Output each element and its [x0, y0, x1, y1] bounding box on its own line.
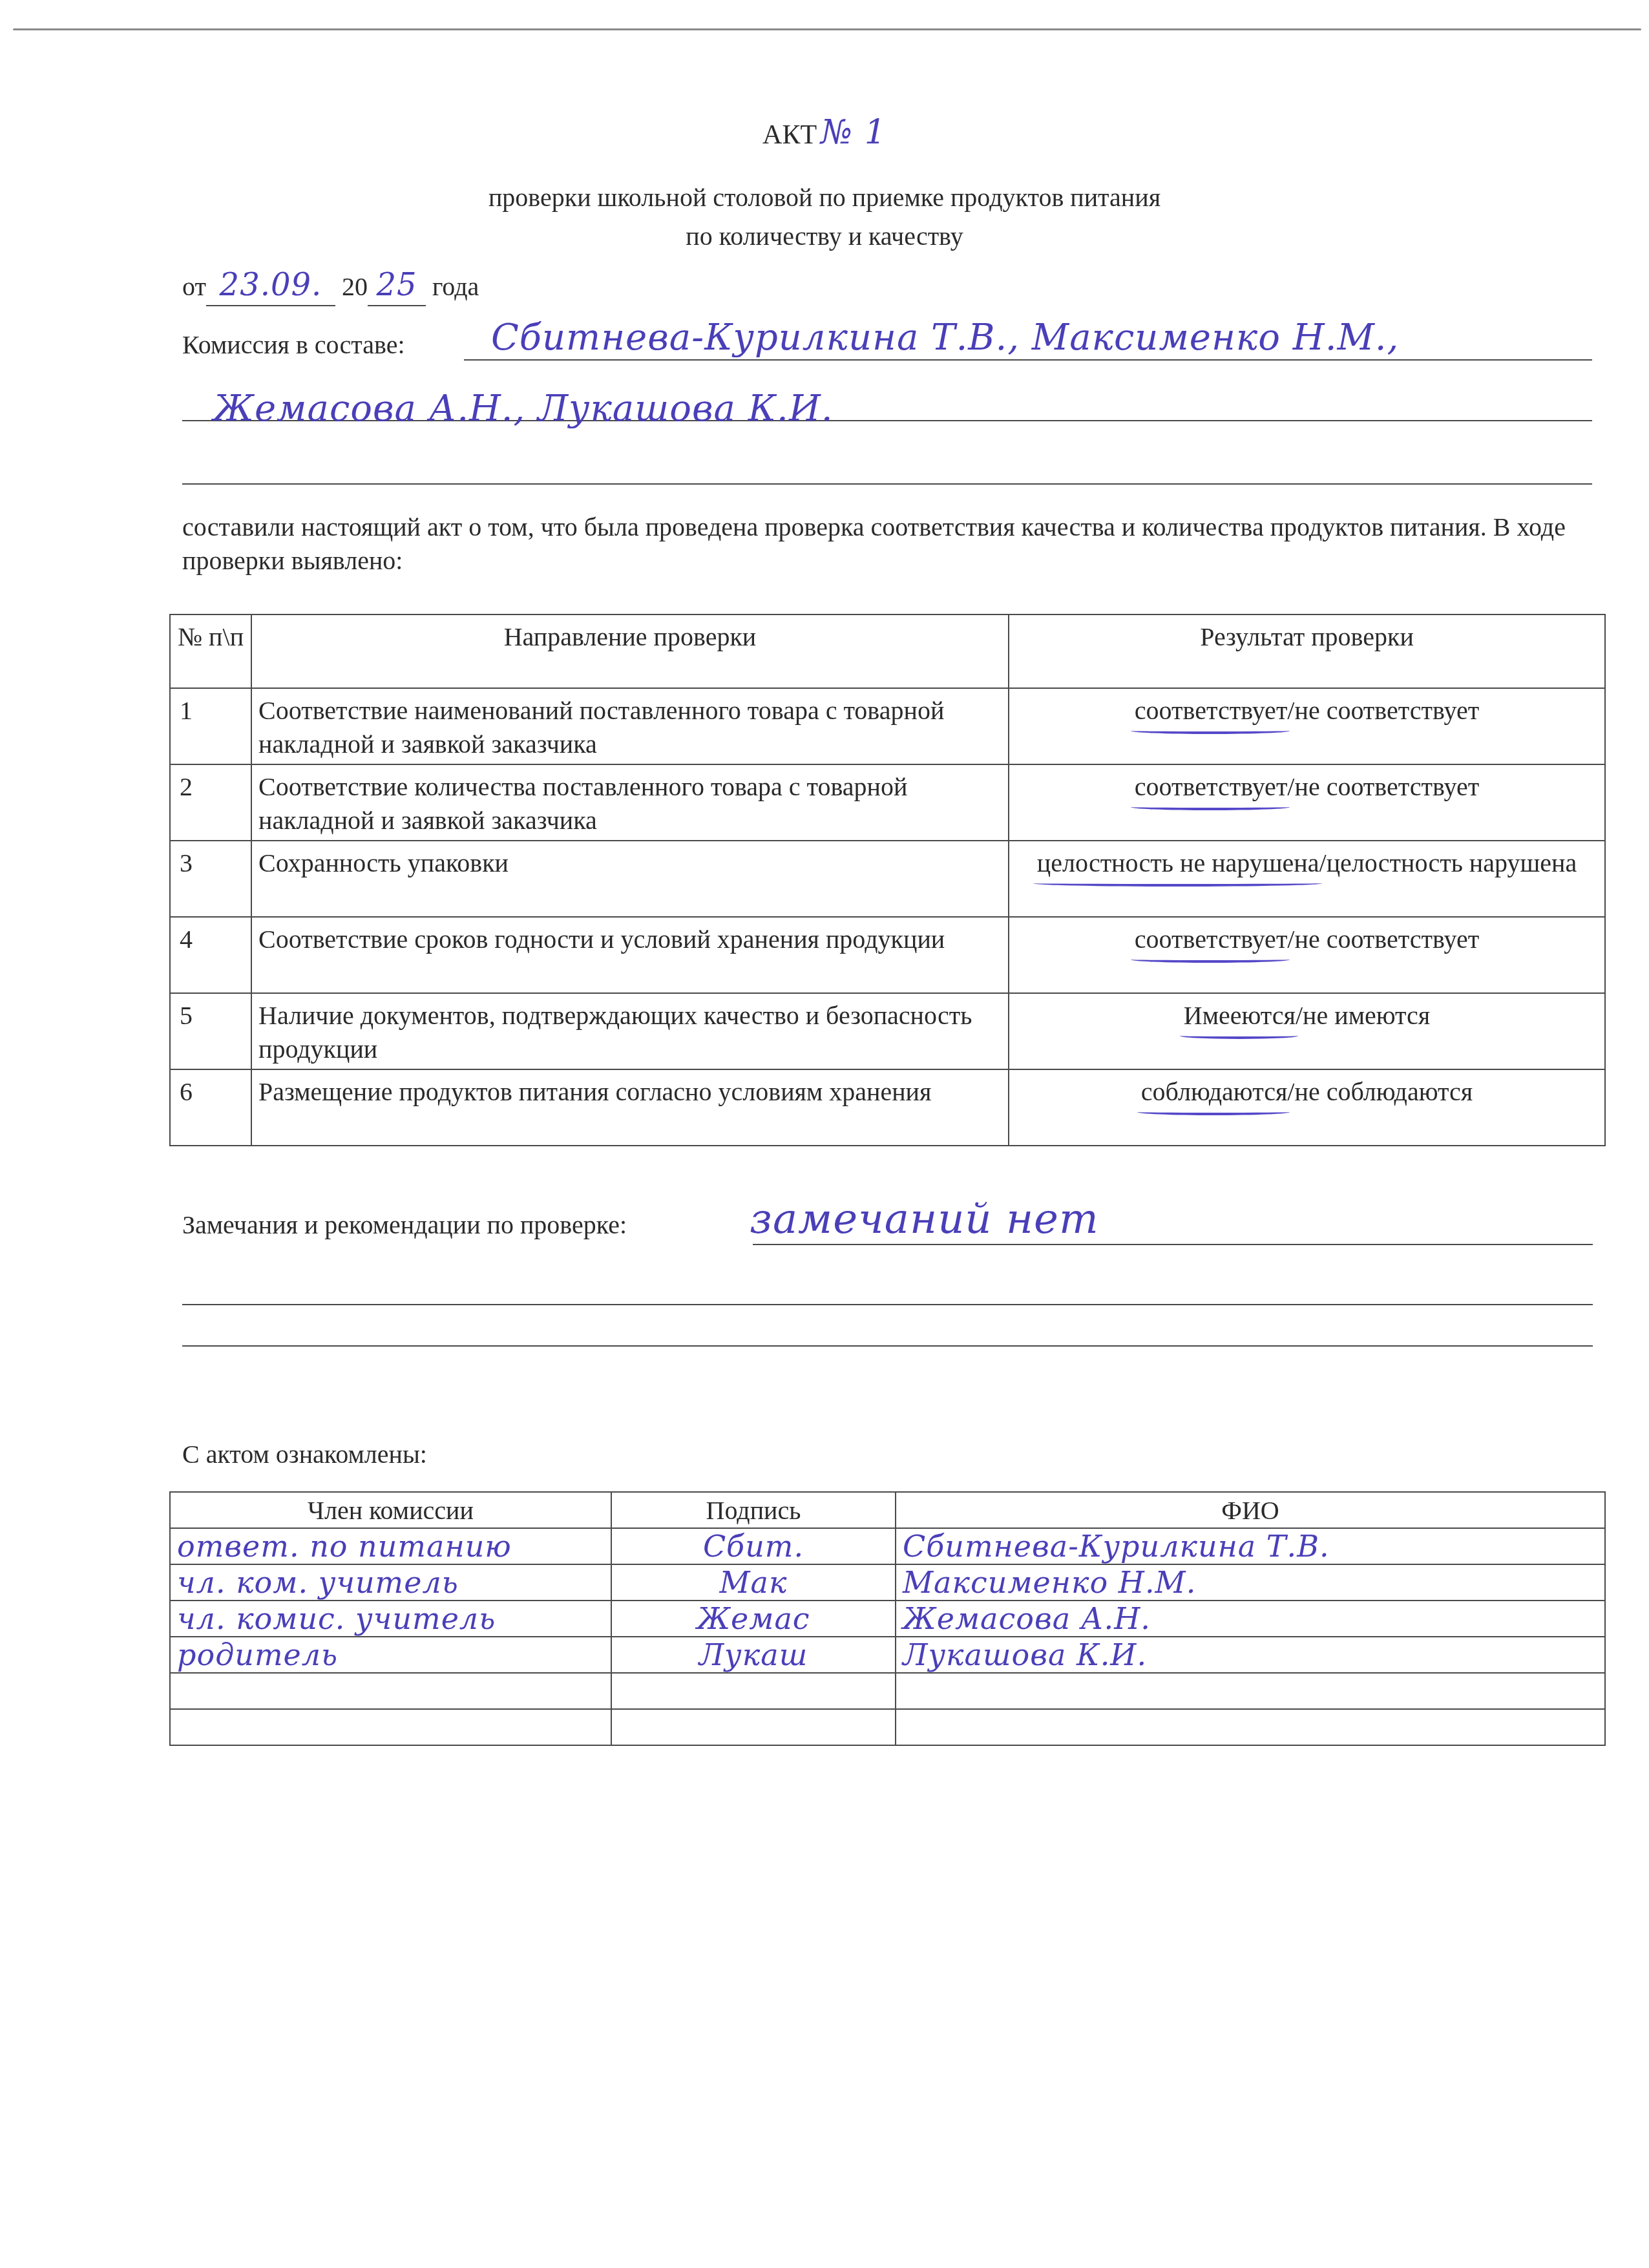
acknowledgement-row: чл. комис. учительЖемасЖемасова А.Н. — [170, 1601, 1605, 1637]
result-option-b[interactable]: не соответствует — [1294, 925, 1479, 954]
result-option-b[interactable]: не соответствует — [1294, 696, 1479, 725]
member-cell[interactable] — [170, 1709, 611, 1745]
header-signature: Подпись — [611, 1492, 896, 1528]
member-cell[interactable]: чл. ком. учитель — [170, 1564, 611, 1601]
member-cell[interactable]: чл. комис. учитель — [170, 1601, 611, 1637]
signature: Лукаш — [699, 1637, 808, 1672]
result-option-a[interactable]: соблюдаются — [1141, 1077, 1288, 1106]
inspection-row: 5Наличие документов, подтверждающих каче… — [170, 993, 1605, 1069]
row-direction: Сохранность упаковки — [251, 841, 1009, 917]
commission-underline-3 — [182, 483, 1592, 485]
result-separator: / — [1287, 925, 1294, 954]
inspection-row: 1Соответствие наименований поставленного… — [170, 688, 1605, 764]
date-year-value: 25 — [376, 267, 417, 303]
result-option-a[interactable]: соответствует — [1135, 772, 1288, 801]
scan-edge-line — [13, 28, 1641, 30]
remarks-value[interactable]: замечаний нет — [750, 1195, 1099, 1243]
acknowledgement-row: родительЛукашЛукашова К.И. — [170, 1637, 1605, 1673]
result-separator: / — [1287, 696, 1294, 725]
row-result: целостность не нарушена/целостность нару… — [1009, 841, 1605, 917]
row-number: 3 — [170, 841, 251, 917]
header-member: Член комиссии — [170, 1492, 611, 1528]
acknowledgement-table: Член комиссии Подпись ФИО ответ. по пита… — [169, 1491, 1606, 1746]
date-prefix: от — [182, 272, 206, 301]
commission-members-line-1[interactable]: Сбитнева-Курилкина Т.В., Максименко Н.М.… — [491, 317, 1399, 359]
row-number: 4 — [170, 917, 251, 993]
inspection-row: 6Размещение продуктов питания согласно у… — [170, 1069, 1605, 1146]
member-role: чл. ком. учитель — [177, 1565, 459, 1600]
date-day-month-field[interactable]: 23.09. — [206, 265, 335, 306]
inspection-table-header: № п\п Направление проверки Результат про… — [170, 614, 1605, 688]
acknowledgement-row — [170, 1673, 1605, 1709]
row-result: Имееются/не имеются — [1009, 993, 1605, 1069]
name-cell[interactable]: Жемасова А.Н. — [896, 1601, 1605, 1637]
act-number: № 1 — [821, 113, 887, 152]
title-text: АКТ — [762, 120, 817, 150]
result-separator: / — [1287, 1077, 1294, 1106]
inspection-table: № п\п Направление проверки Результат про… — [169, 614, 1606, 1146]
header-name: ФИО — [896, 1492, 1605, 1528]
remarks-underline-3 — [182, 1345, 1593, 1347]
signature-cell[interactable] — [611, 1709, 896, 1745]
date-line: от23.09. 2025 года — [182, 265, 479, 306]
member-name: Сбитнева-Курилкина Т.В. — [903, 1529, 1330, 1564]
result-option-b[interactable]: целостность нарушена — [1327, 848, 1577, 877]
row-number: 6 — [170, 1069, 251, 1146]
member-role: родитель — [177, 1637, 338, 1672]
row-direction: Наличие документов, подтверждающих качес… — [251, 993, 1009, 1069]
signature: Мак — [720, 1565, 788, 1600]
member-cell[interactable] — [170, 1673, 611, 1709]
row-number: 2 — [170, 764, 251, 841]
row-result: соблюдаются/не соблюдаются — [1009, 1069, 1605, 1146]
result-separator: / — [1319, 848, 1327, 877]
row-direction: Соответствие сроков годности и условий х… — [251, 917, 1009, 993]
signature: Сбит. — [703, 1529, 804, 1564]
row-direction: Соответствие количества поставленного то… — [251, 764, 1009, 841]
result-option-a[interactable]: Имееются — [1184, 1001, 1296, 1030]
result-option-b[interactable]: не соблюдаются — [1294, 1077, 1473, 1106]
result-option-a[interactable]: соответствует — [1135, 696, 1288, 725]
row-direction: Размещение продуктов питания согласно ус… — [251, 1069, 1009, 1146]
row-result: соответствует/не соответствует — [1009, 917, 1605, 993]
commission-members-line-2[interactable]: Жемасова А.Н., Лукашова К.И. — [213, 388, 834, 430]
header-num: № п\п — [170, 614, 251, 688]
result-option-b[interactable]: не соответствует — [1294, 772, 1479, 801]
acknowledgement-row: чл. ком. учительМакМаксименко Н.М. — [170, 1564, 1605, 1601]
date-year-prefix: 20 — [342, 272, 368, 301]
remarks-underline-2 — [182, 1304, 1593, 1305]
row-result: соответствует/не соответствует — [1009, 688, 1605, 764]
signature-cell[interactable] — [611, 1673, 896, 1709]
member-cell[interactable]: родитель — [170, 1637, 611, 1673]
name-cell[interactable]: Лукашова К.И. — [896, 1637, 1605, 1673]
member-name: Лукашова К.И. — [903, 1637, 1147, 1672]
name-cell[interactable] — [896, 1709, 1605, 1745]
name-cell[interactable] — [896, 1673, 1605, 1709]
remarks-underline-1 — [753, 1244, 1593, 1245]
header-result: Результат проверки — [1009, 614, 1605, 688]
name-cell[interactable]: Максименко Н.М. — [896, 1564, 1605, 1601]
subtitle-line-2: по количеству и качеству — [0, 220, 1649, 253]
inspection-row: 2Соответствие количества поставленного т… — [170, 764, 1605, 841]
document-title: АКТ№ 1 — [0, 111, 1649, 155]
row-number: 5 — [170, 993, 251, 1069]
signature-cell[interactable]: Жемас — [611, 1601, 896, 1637]
date-suffix: года — [432, 272, 479, 301]
acknowledgement-header: Член комиссии Подпись ФИО — [170, 1492, 1605, 1528]
inspection-row: 4Соответствие сроков годности и условий … — [170, 917, 1605, 993]
signature-cell[interactable]: Мак — [611, 1564, 896, 1601]
signature-cell[interactable]: Сбит. — [611, 1528, 896, 1564]
subtitle-line-1: проверки школьной столовой по приемке пр… — [0, 181, 1649, 215]
member-name: Максименко Н.М. — [903, 1565, 1196, 1600]
row-direction: Соответствие наименований поставленного … — [251, 688, 1009, 764]
name-cell[interactable]: Сбитнева-Курилкина Т.В. — [896, 1528, 1605, 1564]
acknowledgement-label: С актом ознакомлены: — [182, 1438, 427, 1471]
row-result: соответствует/не соответствует — [1009, 764, 1605, 841]
intro-paragraph: составили настоящий акт о том, что была … — [182, 510, 1604, 578]
member-cell[interactable]: ответ. по питанию — [170, 1528, 611, 1564]
member-role: чл. комис. учитель — [177, 1601, 496, 1636]
signature: Жемас — [697, 1601, 810, 1636]
result-separator: / — [1296, 1001, 1303, 1030]
date-day-month-value: 23.09. — [220, 267, 322, 303]
row-number: 1 — [170, 688, 251, 764]
result-separator: / — [1287, 772, 1294, 801]
header-direction: Направление проверки — [251, 614, 1009, 688]
acknowledgement-row: ответ. по питаниюСбит.Сбитнева-Курилкина… — [170, 1528, 1605, 1564]
date-year-field[interactable]: 25 — [368, 265, 426, 306]
member-name: Жемасова А.Н. — [903, 1601, 1151, 1636]
result-option-a[interactable]: соответствует — [1135, 925, 1288, 954]
result-option-b[interactable]: не имеются — [1303, 1001, 1430, 1030]
signature-cell[interactable]: Лукаш — [611, 1637, 896, 1673]
result-option-a[interactable]: целостность не нарушена — [1037, 848, 1319, 877]
commission-label: Комиссия в составе: — [182, 328, 405, 362]
remarks-label: Замечания и рекомендации по проверке: — [182, 1208, 627, 1242]
inspection-row: 3Сохранность упаковкицелостность не нару… — [170, 841, 1605, 917]
commission-underline-1 — [464, 359, 1592, 361]
acknowledgement-row — [170, 1709, 1605, 1745]
member-role: ответ. по питанию — [177, 1529, 512, 1564]
